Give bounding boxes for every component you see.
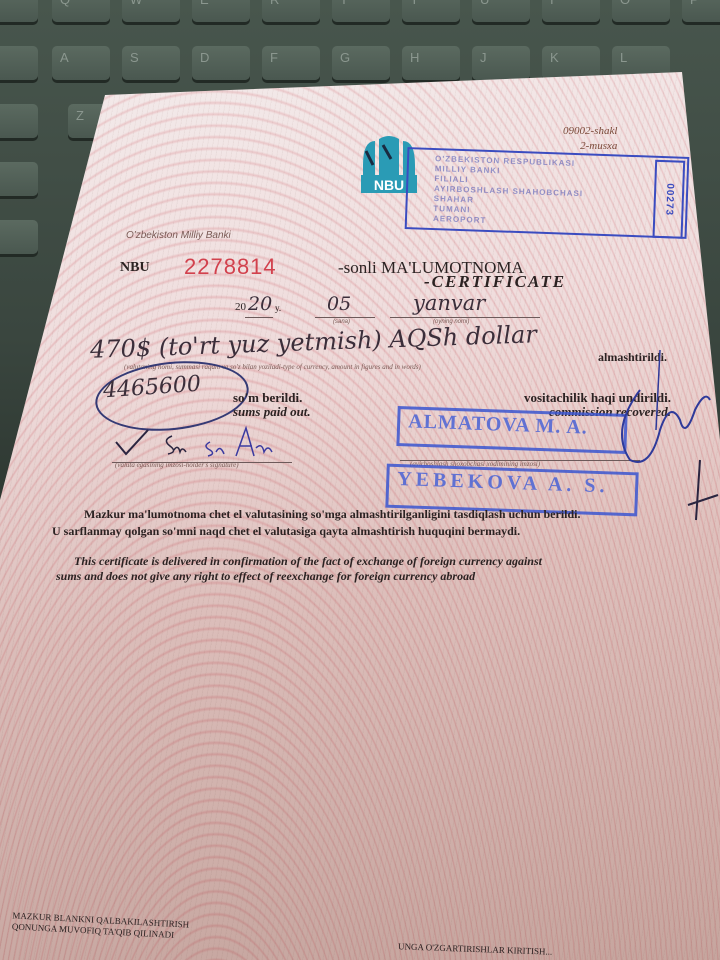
keyboard-key-q: Q bbox=[52, 0, 110, 22]
keyboard-key-f: F bbox=[262, 46, 320, 80]
keyboard-key-a: A bbox=[52, 46, 110, 80]
bank-branch-stamp: O'ZBEKISTON RESPUBLIKASIMILLIY BANKIFILI… bbox=[405, 147, 690, 239]
keyboard-key-y: Y bbox=[402, 0, 460, 22]
certificate-title: -CERTIFICATE bbox=[424, 272, 566, 292]
keyboard-key-g: G bbox=[332, 46, 390, 80]
amount-handwritten: 470$ (to'rt yuz yetmish) AQSh dollar bbox=[90, 320, 538, 364]
keyboard-key-s: S bbox=[122, 46, 180, 80]
nbu-label: NBU bbox=[120, 260, 150, 276]
keyboard-key bbox=[0, 162, 38, 196]
sums-paid-label: so'm berildi. sums paid out. bbox=[233, 391, 311, 419]
exchange-certificate: 09002-shakl 2-musxa NBU O'ZBEKISTON RESP… bbox=[0, 0, 720, 960]
keyboard-key bbox=[0, 104, 38, 138]
keyboard-key-k: K bbox=[542, 46, 600, 80]
keyboard-key-i: I bbox=[542, 0, 600, 22]
keyboard-key-h: H bbox=[402, 46, 460, 80]
day-handwritten: 05 bbox=[327, 293, 351, 315]
keyboard-key-e: E bbox=[192, 0, 250, 22]
keyboard-key bbox=[0, 0, 38, 22]
svg-text:NBU: NBU bbox=[374, 177, 404, 193]
counterfeit-warning: MAZKUR BLANKNI QALBAKILASHTIRISH QONUNGA… bbox=[12, 910, 190, 941]
holder-signature-caption: (valuta egasining imzosi-holder's signat… bbox=[115, 461, 239, 469]
month-handwritten: yanvar bbox=[413, 291, 485, 315]
keyboard-key-r: R bbox=[262, 0, 320, 22]
cashier-signature bbox=[600, 330, 720, 530]
legal-text-en: This certificate is delivered in confirm… bbox=[56, 554, 696, 584]
form-code: 09002-shakl 2-musxa bbox=[563, 124, 617, 154]
keyboard-key-u: U bbox=[472, 0, 530, 22]
keyboard-key bbox=[0, 220, 38, 254]
keyboard-key-d: D bbox=[192, 46, 250, 80]
holder-signature bbox=[112, 422, 292, 462]
keyboard-key-j: J bbox=[472, 46, 530, 80]
keyboard-key-w: W bbox=[122, 0, 180, 22]
bank-name: O'zbekiston Milliy Banki bbox=[126, 230, 231, 241]
alteration-warning: UNGA O'ZGARTIRISHLAR KIRITISH... bbox=[398, 941, 553, 956]
keyboard-key-t: T bbox=[332, 0, 390, 22]
keyboard-key bbox=[0, 46, 38, 80]
cashier-stamp-1: ALMATOVA M. A. bbox=[396, 406, 627, 454]
legal-text-uz: Mazkur ma'lumotnoma chet el valutasining… bbox=[52, 506, 712, 540]
certificate-number: 2278814 bbox=[184, 254, 277, 280]
year-handwritten: 20 bbox=[248, 293, 272, 315]
date-field: 20 20 y. 05 (sana) yanvar (oyning nomi) bbox=[235, 293, 565, 323]
keyboard-key-p: P bbox=[682, 0, 720, 22]
keyboard-key-o: O bbox=[612, 0, 670, 22]
